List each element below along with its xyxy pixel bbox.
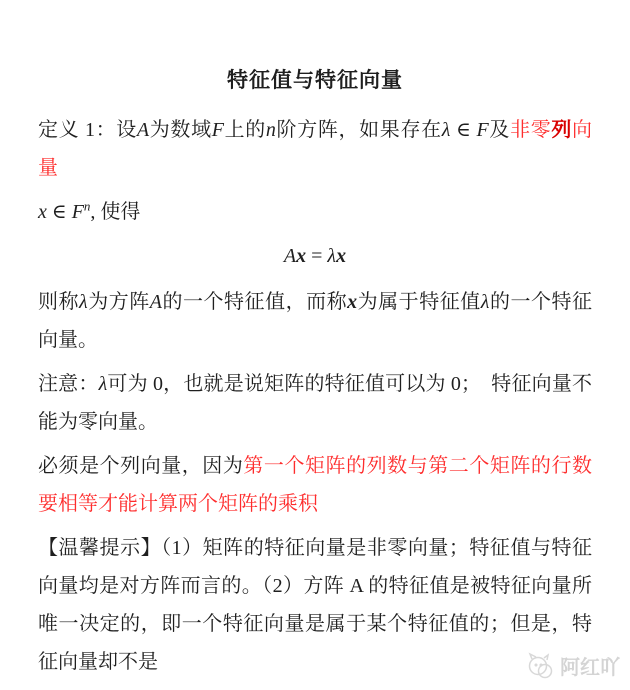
math-element-of: ∈ [450,119,476,141]
page-title: 特征值与特征向量 [0,0,630,94]
math-var-A: A [284,245,296,267]
watermark-label: 阿红吖 [560,651,620,680]
text-run: 及 [489,119,510,141]
math-var-F: F [477,119,489,141]
document-page: 特征值与特征向量 定义 1：设A为数域F上的n阶方阵，如果存在λ ∈ F及非零列… [0,0,630,690]
text-run: 注意： [38,373,99,395]
text-run: 可为 0，也就是说矩阵的特征值可以为 0； 特征向量不能为零向量。 [38,373,592,433]
math-var-A: A [150,291,162,313]
mascot-cat-face-icon [525,652,555,680]
math-element-of: ∈ [47,201,72,223]
math-var-x-bold: x [336,245,346,267]
text-run: 上的 [224,119,266,141]
paragraph-tips: 【温馨提示】（1）矩阵的特征向量是非零向量；特征值与特征向量均是对方阵而言的。（… [38,529,592,681]
math-var-x-bold: x [347,291,357,313]
math-equals: = [306,245,327,267]
math-var-lambda: λ [99,373,108,395]
math-var-n: n [266,119,276,141]
paragraph-note: 注意：λ可为 0，也就是说矩阵的特征值可以为 0； 特征向量不能为零向量。 [38,365,592,441]
text-run: 的一个特征值，而称 [162,291,347,313]
math-var-F: F [72,201,84,223]
red-bold-emphasis: 列 [551,119,572,141]
paragraph-definition: 定义 1：设A为数域F上的n阶方阵，如果存在λ ∈ F及非零列向量 [38,111,592,187]
text-run: 必须是个列向量，因为 [38,455,243,477]
paragraph-must-column: 必须是个列向量，因为第一个矩阵的列数与第二个矩阵的行数要相等才能计算两个矩阵的乘… [38,447,592,523]
text-run: , 使得 [90,201,140,223]
text-run: 阶方阵，如果存在 [276,119,442,141]
text-run: 定义 1：设 [38,119,137,141]
document-body: 定义 1：设A为数域F上的n阶方阵，如果存在λ ∈ F及非零列向量 x ∈ Fn… [0,94,630,681]
math-var-lambda: λ [79,291,88,313]
text-run: 则称 [38,291,79,313]
text-run: 为方阵 [88,291,150,313]
text-run: 为数域 [149,119,212,141]
paragraph-condition: x ∈ Fn, 使得 [38,193,592,231]
math-formula-eigen-equation: Ax = λx [38,237,592,275]
text-run: 为属于特征值 [357,291,481,313]
math-var-lambda: λ [327,245,336,267]
red-emphasis: 非零 [510,119,551,141]
text-run: 【温馨提示】（1）矩阵的特征向量是非零向量；特征值与特征向量均是对方阵而言的。（… [38,537,592,673]
math-var-F: F [212,119,224,141]
math-var-x-bold: x [296,245,306,267]
math-var-A: A [137,119,149,141]
watermark: 阿红吖 [525,651,620,680]
math-var-x: x [38,201,47,223]
paragraph-conclusion: 则称λ为方阵A的一个特征值，而称x为属于特征值λ的一个特征向量。 [38,283,592,359]
